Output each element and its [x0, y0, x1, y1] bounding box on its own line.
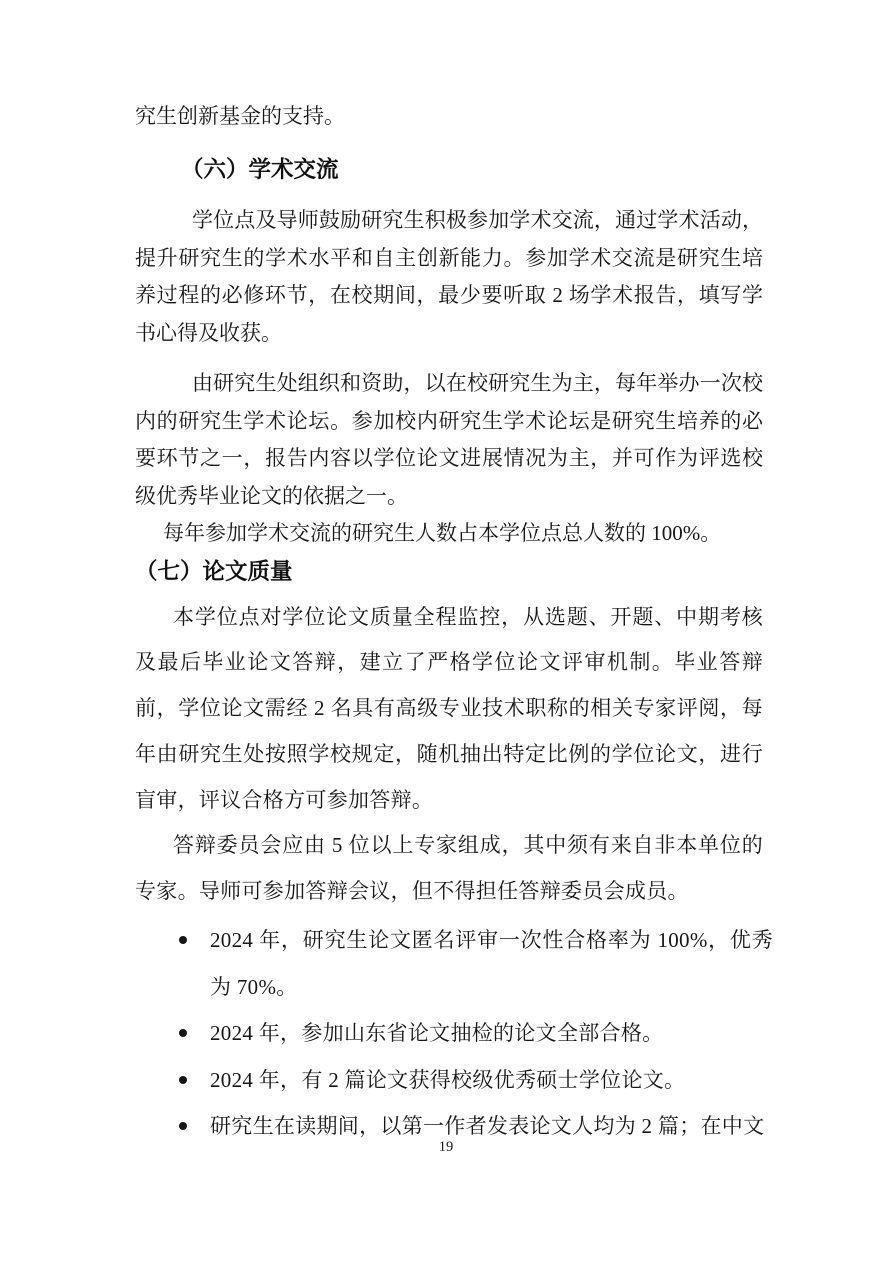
page-number: 19 — [0, 1139, 892, 1156]
list-item-text: 研究生在读期间，以第一作者发表论文人均为 2 篇；在中文 — [210, 1114, 764, 1138]
paragraph-academic-exchange-3: 每年参加学术交流的研究生人数占本学位点总人数的 100%。 — [135, 515, 763, 553]
bullet-icon — [179, 1076, 187, 1084]
bullet-icon — [179, 936, 187, 944]
list-item: 2024 年，研究生论文匿名评审一次性合格率为 100%，优秀为 70%。 — [135, 917, 773, 1010]
paragraph-thesis-quality-2: 答辩委员会应由 5 位以上专家组成，其中须有来自非本单位的专家。导师可参加答辩会… — [135, 823, 763, 915]
heading-section-6-academic-exchange: （六）学术交流 — [135, 151, 763, 188]
bullet-icon — [179, 1029, 187, 1037]
bullet-icon — [179, 1122, 187, 1130]
list-item-text: 2024 年，有 2 篇论文获得校级优秀硕士学位论文。 — [210, 1068, 685, 1092]
paragraph-academic-exchange-2: 由研究生处组织和资助，以在校研究生为主，每年举办一次校内的研究生学术论坛。参加校… — [135, 365, 763, 515]
paragraph-continuation: 究生创新基金的支持。 — [135, 98, 763, 135]
paragraph-thesis-quality-1: 本学位点对学位论文质量全程监控，从选题、开题、中期考核及最后毕业论文答辩，建立了… — [135, 595, 763, 824]
list-item-text: 2024 年，研究生论文匿名评审一次性合格率为 100%，优秀为 70%。 — [210, 928, 773, 999]
list-item: 2024 年，参加山东省论文抽检的论文全部合格。 — [135, 1010, 773, 1057]
heading-section-7-thesis-quality: （七）论文质量 — [135, 553, 763, 591]
paragraph-academic-exchange-1: 学位点及导师鼓励研究生积极参加学术交流，通过学术活动，提升研究生的学术水平和自主… — [135, 202, 763, 352]
list-item: 2024 年，有 2 篇论文获得校级优秀硕士学位论文。 — [135, 1057, 773, 1104]
bullet-list: 2024 年，研究生论文匿名评审一次性合格率为 100%，优秀为 70%。 20… — [135, 917, 773, 1150]
page-body: 究生创新基金的支持。 （六）学术交流 学位点及导师鼓励研究生积极参加学术交流，通… — [135, 98, 763, 1150]
list-item-text: 2024 年，参加山东省论文抽检的论文全部合格。 — [210, 1021, 663, 1045]
document-page: 究生创新基金的支持。 （六）学术交流 学位点及导师鼓励研究生积极参加学术交流，通… — [0, 0, 892, 1261]
